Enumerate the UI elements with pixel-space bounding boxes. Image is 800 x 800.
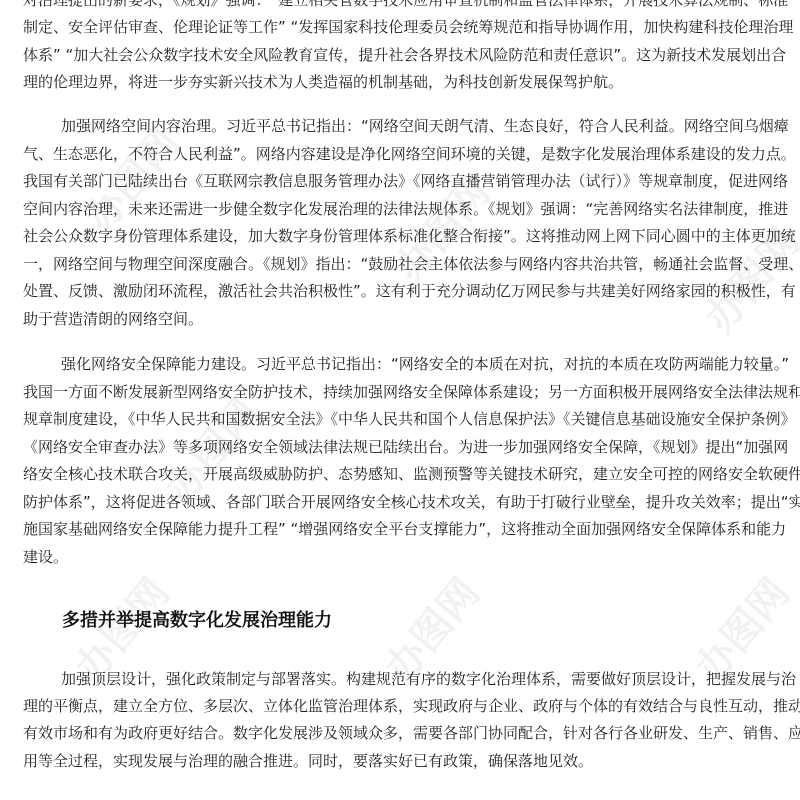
text-line: 加强顶层设计，强化政策制定与部署落实。构建规范有序的数字化治理体系，需要做好顶层… [61, 667, 777, 691]
text-line: 有效市场和有为政府更好结合。数字化发展涉及领域众多，需要各部门协同配合，针对各行… [23, 721, 777, 745]
text-line: 理的平衡点，建立全方位、多层次、立体化监管治理体系，实现政府与企业、政府与个体的… [23, 694, 777, 718]
text-line: 加强网络空间内容治理。习近平总书记指出：“网络空间天朗气清、生态良好，符合人民利… [61, 114, 777, 138]
text-line: 对治理提出的新要求，《规划》强调：“建立相关管数字技术应用审查机制和监管法律体系… [23, 0, 777, 12]
document-page: 办图网 办图网 办图网 办图网 办图网 办图网 办图网 对治理提出的新要求，《规… [0, 0, 800, 800]
text-line: 体系” “加大社会公众数字技术安全风险教育宣传，提升社会各界技术风险防范和责任意… [23, 43, 777, 67]
text-line: 理的伦理边界，将进一步夯实新兴技术为人类造福的机制基础，为科技创新发展保驾护航。 [23, 70, 777, 94]
text-line: 社会公众数字身份管理体系建设，加大数字身份管理体系标准化整合衔接”。这将推动网上… [23, 224, 777, 248]
text-line: 气、生态恶化，不符合人民利益”。网络内容建设是净化网络空间环境的关键，是数字化发… [23, 142, 777, 166]
text-line: 规章制度建设，《中华人民共和国数据安全法》《中华人民共和国个人信息保护法》《关键… [23, 407, 777, 431]
text-line: 制定、安全评估审查、伦理论证等工作” “发挥国家科技伦理委员会统筹规范和指导协调… [23, 15, 777, 39]
text-line: 我国有关部门已陆续出台《互联网宗教信息服务管理办法》《网络直播营销管理办法（试行… [23, 169, 777, 193]
text-line: 《网络安全审查办法》等多项网络安全领域法律法规已陆续出台。为进一步加强网络安全保… [23, 435, 777, 459]
text-line: 助于营造清朗的网络空间。 [23, 307, 777, 331]
text-line: 强化网络安全保障能力建设。习近平总书记指出：“网络安全的本质在对抗，对抗的本质在… [61, 352, 777, 376]
text-line: 络安全核心技术联合攻关，开展高级威胁防护、态势感知、监测预警等关键技术研究，建立… [23, 462, 777, 486]
text-line: 空间内容治理，未来还需进一步健全数字化发展治理的法律法规体系。《规划》强调：“完… [23, 197, 777, 221]
text-line: 处置、反馈、激励闭环流程，激活社会共治积极性”。这有利于充分调动亿万网民参与共建… [23, 279, 777, 303]
text-line: 一，网络空间与物理空间深度融合。《规划》指出：“鼓励社会主体依法参与网络内容共治… [23, 252, 777, 276]
text-line: 用等全过程，实现发展与治理的融合推进。同时，要落实好已有政策，确保落地见效。 [23, 749, 777, 773]
text-line: 建设。 [23, 545, 777, 569]
section-heading: 多措并举提高数字化发展治理能力 [62, 608, 332, 634]
text-line: 防护体系”，这将促进各领域、各部门联合开展网络安全核心技术攻关，有助于打破行业壁… [23, 490, 777, 514]
text-line: 施国家基础网络安全保障能力提升工程” “增强网络安全平台支撑能力”，这将推动全面… [23, 517, 777, 541]
text-line: 我国一方面不断发展新型网络安全防护技术，持续加强网络安全保障体系建设；另一方面积… [23, 380, 777, 404]
